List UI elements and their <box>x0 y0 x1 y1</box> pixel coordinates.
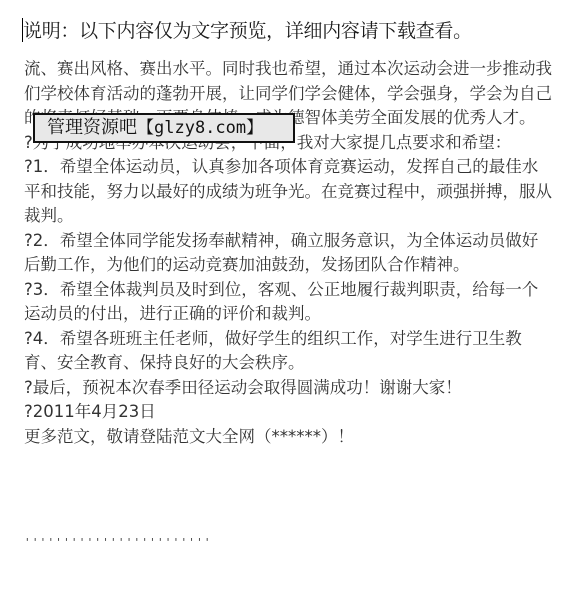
watermark-name: 管理资源吧 <box>47 117 137 138</box>
paragraph-date: ?2011年4月23日 <box>24 400 554 425</box>
watermark-banner: 管理资源吧【glzy8.com】 <box>33 113 295 143</box>
paragraph-item-4: ?4．希望各班班主任老师，做好学生的组织工作，对学生进行卫生教育、安全教育、保持… <box>24 327 554 376</box>
paragraph-more-link: 更多范文，敬请登陆范文大全网（******）！ <box>24 425 554 450</box>
watermark-url: 【glzy8.com】 <box>137 118 263 138</box>
separator-dots: '''''''''''''''''''''''' <box>24 536 212 549</box>
preview-notice-text: 说明：以下内容仅为文字预览，详细内容请下载查看。 <box>23 20 472 42</box>
paragraph-item-1: ?1．希望全体运动员，认真参加各项体育竞赛运动，发挥自己的最佳水平和技能，努力以… <box>24 155 554 229</box>
paragraph-closing: ?最后，预祝本次春季田径运动会取得圆满成功！谢谢大家！ <box>24 376 554 401</box>
paragraph-item-2: ?2．希望全体同学能发扬奉献精神，确立服务意识，为全体运动员做好后勤工作，为他们… <box>24 229 554 278</box>
preview-notice: 说明：以下内容仅为文字预览，详细内容请下载查看。 <box>22 16 472 43</box>
paragraph-item-3: ?3．希望全体裁判员及时到位，客观、公正地履行裁判职责，给每一个运动员的付出，进… <box>24 278 554 327</box>
